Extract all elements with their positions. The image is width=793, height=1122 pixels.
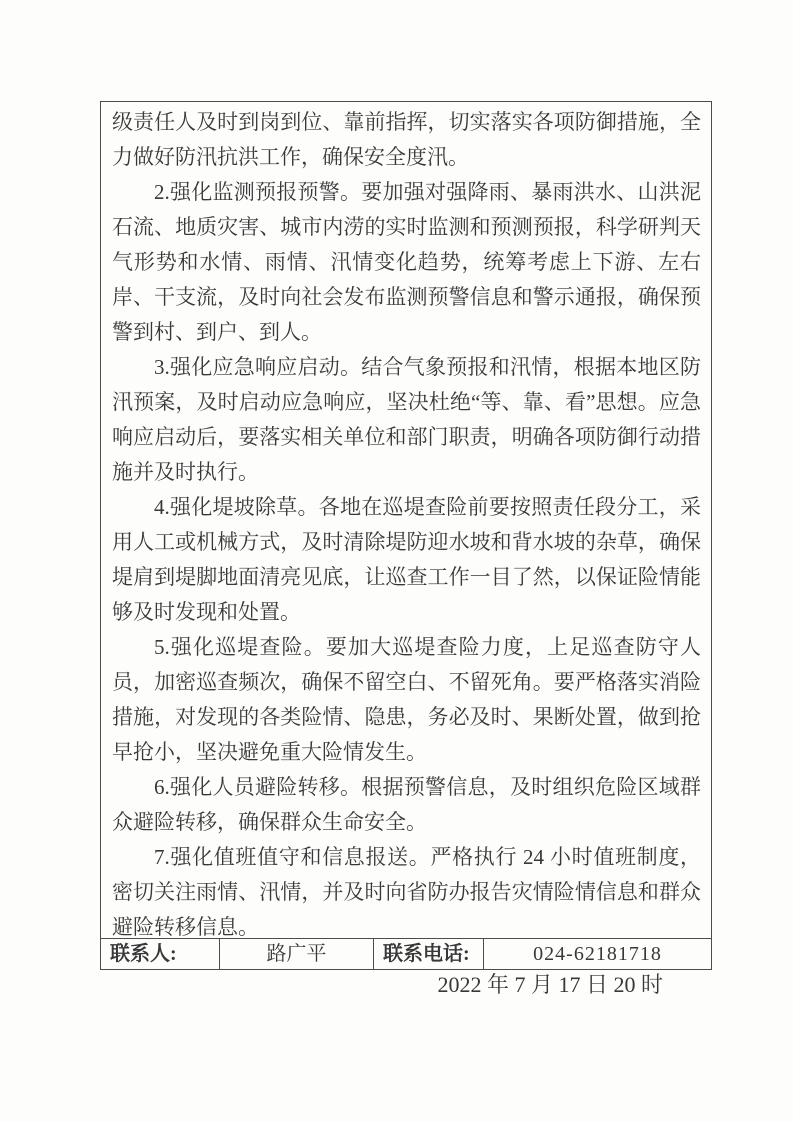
contact-person-value: 路广平	[219, 939, 373, 969]
contact-info-row: 联系人: 路广平 联系电话: 024-62181718	[101, 938, 711, 969]
contact-phone-label: 联系电话:	[373, 939, 483, 969]
paragraph-item-5: 5.强化巡堤查险。要加大巡堤查险力度，上足巡查防守人员，加密巡查频次，确保不留空…	[112, 630, 701, 770]
document-body-text: 级责任人及时到岗到位、靠前指挥，切实落实各项防御措施，全力做好防汛抗洪工作，确保…	[101, 102, 711, 938]
paragraph-continuation: 级责任人及时到岗到位、靠前指挥，切实落实各项防御措施，全力做好防汛抗洪工作，确保…	[112, 105, 701, 175]
paragraph-item-3: 3.强化应急响应启动。结合气象预报和汛情，根据本地区防汛预案，及时启动应急响应，…	[112, 350, 701, 490]
scanned-document-page: 级责任人及时到岗到位、靠前指挥，切实落实各项防御措施，全力做好防汛抗洪工作，确保…	[0, 0, 793, 1122]
paragraph-item-7: 7.强化值班值守和信息报送。严格执行 24 小时值班制度，密切关注雨情、汛情，并…	[112, 840, 701, 938]
paragraph-item-2: 2.强化监测预报预警。要加强对强降雨、暴雨洪水、山洪泥石流、地质灾害、城市内涝的…	[112, 175, 701, 350]
contact-phone-value: 024-62181718	[483, 939, 711, 969]
document-date-line: 2022 年 7 月 17 日 20 时	[437, 970, 663, 1000]
document-border-box: 级责任人及时到岗到位、靠前指挥，切实落实各项防御措施，全力做好防汛抗洪工作，确保…	[100, 101, 712, 970]
paragraph-item-4: 4.强化堤坡除草。各地在巡堤查险前要按照责任段分工，采用人工或机械方式，及时清除…	[112, 490, 701, 630]
contact-person-label: 联系人:	[101, 939, 219, 969]
paragraph-item-6: 6.强化人员避险转移。根据预警信息，及时组织危险区域群众避险转移，确保群众生命安…	[112, 770, 701, 840]
